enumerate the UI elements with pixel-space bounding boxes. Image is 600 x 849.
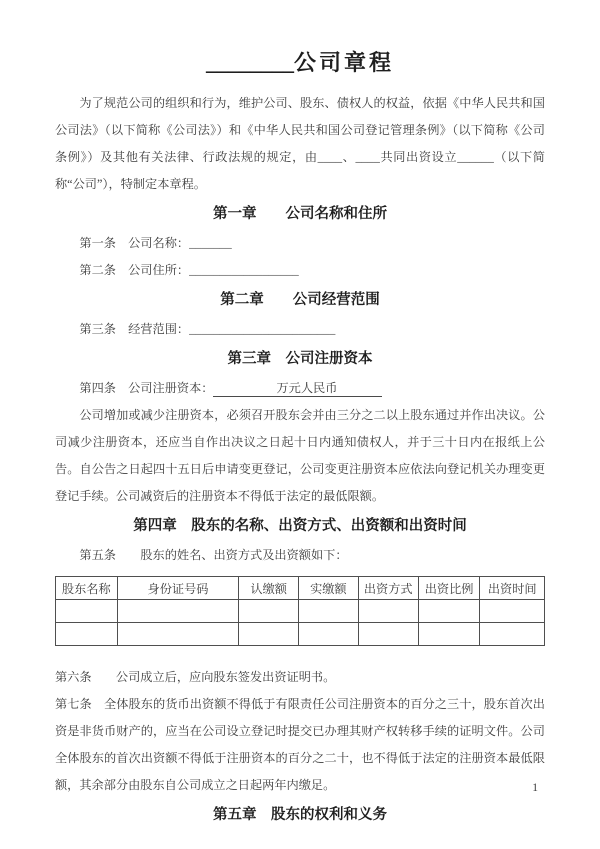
table-row bbox=[56, 600, 545, 623]
business-scope-blank: ________________________ bbox=[189, 322, 335, 336]
table-header-cell: 股东名称 bbox=[56, 577, 118, 600]
intro-paragraph: 为了规范公司的组织和行为，维护公司、股东、债权人的权益，依据《中华人民共和国公司… bbox=[55, 90, 545, 198]
article-2-line: 第二条 公司住所：__________________ bbox=[55, 257, 545, 284]
article-6-line: 第六条 公司成立后，应向股东签发出资证明书。 bbox=[55, 664, 545, 691]
table-cell bbox=[239, 600, 299, 623]
company-name-blank: _______ bbox=[189, 236, 232, 250]
title-fill-in-blank: ________ bbox=[206, 50, 294, 75]
article-3-line: 第三条 经营范围：________________________ bbox=[55, 316, 545, 343]
table-cell bbox=[56, 623, 118, 646]
article-5-line: 第五条 股东的姓名、出资方式及出资额如下： bbox=[55, 542, 545, 569]
table-cell bbox=[418, 623, 480, 646]
table-cell bbox=[358, 600, 418, 623]
table-cell bbox=[299, 623, 359, 646]
table-cell bbox=[358, 623, 418, 646]
article-4-line: 第四条 公司注册资本：万元人民币 bbox=[55, 375, 545, 402]
chapter-1-heading: 第一章 公司名称和住所 bbox=[55, 200, 545, 228]
document-title-text: 公司章程 bbox=[294, 50, 394, 75]
table-header-cell: 认缴额 bbox=[239, 577, 299, 600]
article-7-paragraph: 第七条 全体股东的货币出资额不得低于有限责任公司注册资本的百分之三十，股东首次出… bbox=[55, 691, 545, 799]
chapter-4-heading: 第四章 股东的名称、出资方式、出资额和出资时间 bbox=[55, 512, 545, 540]
document-title: ________公司章程 bbox=[55, 46, 545, 80]
article-1-line: 第一条 公司名称：_______ bbox=[55, 230, 545, 257]
table-header-cell: 实缴额 bbox=[299, 577, 359, 600]
table-header-cell: 出资方式 bbox=[358, 577, 418, 600]
document-page: ________公司章程 为了规范公司的组织和行为，维护公司、股东、债权人的权益… bbox=[0, 0, 600, 849]
article-3-label: 第三条 经营范围： bbox=[79, 322, 189, 336]
table-header-row: 股东名称身份证号码认缴额实缴额出资方式出资比例出资时间 bbox=[56, 577, 545, 600]
table-cell bbox=[480, 623, 545, 646]
capital-change-paragraph: 公司增加或减少注册资本，必须召开股东会并由三分之二以上股东通过并作出决议。公司减… bbox=[55, 402, 545, 510]
article-1-label: 第一条 公司名称： bbox=[79, 236, 189, 250]
table-row bbox=[56, 623, 545, 646]
table-body bbox=[56, 600, 545, 646]
table-cell bbox=[117, 600, 239, 623]
article-2-label: 第二条 公司住所： bbox=[79, 263, 189, 277]
table-cell bbox=[299, 600, 359, 623]
article-4-label: 第四条 公司注册资本： bbox=[79, 381, 213, 395]
table-cell bbox=[239, 623, 299, 646]
table-cell bbox=[480, 600, 545, 623]
table-header-cell: 出资时间 bbox=[480, 577, 545, 600]
table-cell bbox=[418, 600, 480, 623]
table-cell bbox=[117, 623, 239, 646]
table-header-cell: 身份证号码 bbox=[117, 577, 239, 600]
company-address-blank: __________________ bbox=[189, 263, 299, 277]
chapter-5-heading: 第五章 股东的权利和义务 bbox=[55, 801, 545, 829]
table-header-cell: 出资比例 bbox=[418, 577, 480, 600]
chapter-2-heading: 第二章 公司经营范围 bbox=[55, 286, 545, 314]
registered-capital-blank: 万元人民币 bbox=[213, 381, 382, 397]
shareholder-table: 股东名称身份证号码认缴额实缴额出资方式出资比例出资时间 bbox=[55, 576, 545, 646]
page-number: 1 bbox=[532, 782, 538, 794]
chapter-3-heading: 第三章 公司注册资本 bbox=[55, 345, 545, 373]
table-cell bbox=[56, 600, 118, 623]
